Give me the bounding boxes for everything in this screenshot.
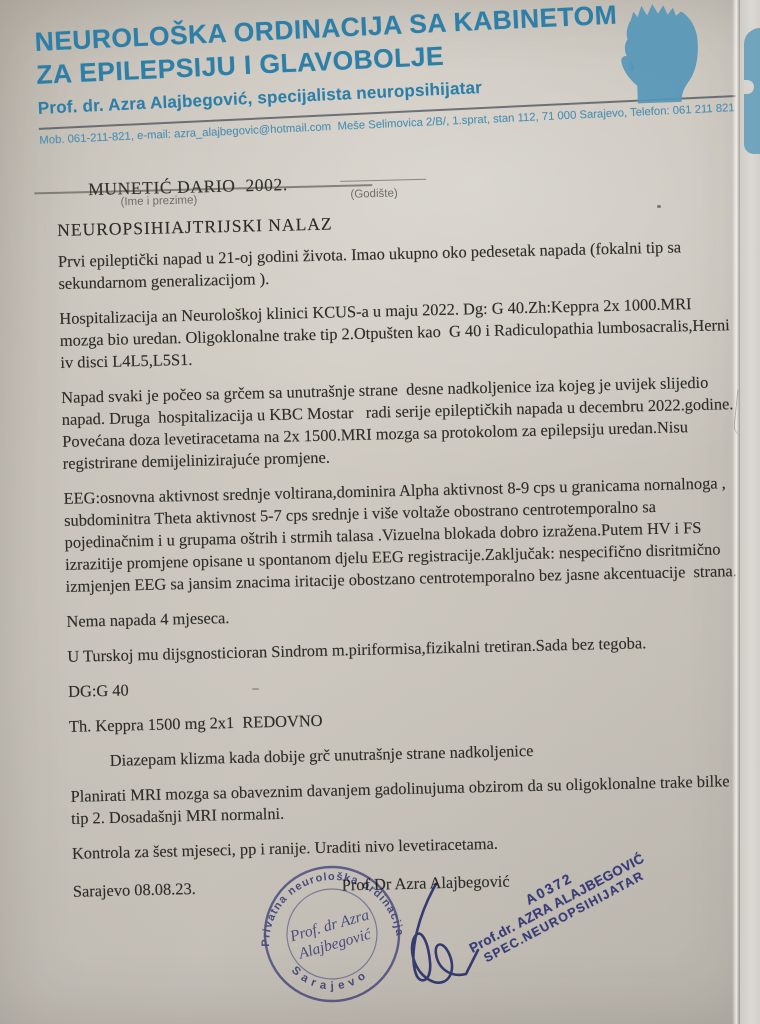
paper-speck xyxy=(657,205,661,208)
year-field-label: (Godište) xyxy=(350,188,398,201)
svg-text:Sarajevo: Sarajevo xyxy=(288,957,373,998)
report-paragraph: Diazepam klizma kada dobije grč unutrašn… xyxy=(70,735,742,773)
paper-fold xyxy=(732,0,740,1024)
head-silhouette-icon xyxy=(586,0,730,106)
name-field-label: (Ime i prezime) xyxy=(120,194,197,208)
report-paragraph: Hospitalizacija an Neurološkoj klinici K… xyxy=(59,292,732,374)
paper-speck xyxy=(252,688,259,690)
contact-address-phone: Meše Selimovica 2/B/, 1.sprat, stan 112,… xyxy=(337,102,735,133)
report-paragraph: U Turskoj mu dijsgnosticioran Sindrom m.… xyxy=(67,630,739,668)
scanned-document-photo: NEUROLOŠKA ORDINACIJA SA KABINETOM ZA EP… xyxy=(0,0,760,1024)
report-paragraph: Prvi epileptički napad u 21-oj godini ži… xyxy=(58,235,731,295)
year-rule-line xyxy=(340,179,426,182)
report-paragraph: EEG:osnovna aktivnost srednje voltirana,… xyxy=(63,472,737,598)
round-stamp-arc-bottom: Sarajevo xyxy=(288,957,373,998)
report-body: NEUROPSIHIAJTRIJSKI NALAZ Prvi epileptič… xyxy=(57,202,745,903)
report-paragraph: Planirati MRI mozga sa obaveznim davanje… xyxy=(70,770,743,830)
report-paragraph-therapy: Th. Keppra 1500 mg 2x1 REDOVNO xyxy=(69,700,741,738)
second-page-logo-sliver xyxy=(744,28,760,154)
report-paragraph-diagnosis: DG:G 40 xyxy=(68,665,740,703)
report-paragraph: Nema napada 4 mjeseca. xyxy=(66,595,738,633)
report-paragraph: Napad svaki je počeo sa grčem sa unutraš… xyxy=(61,371,735,475)
patient-name-field: MUNETIĆ DARIO 2002. (Ime i prezime) (God… xyxy=(50,165,650,180)
report-title: NEUROPSIHIAJTRIJSKI NALAZ xyxy=(57,202,729,242)
city-date-line: Sarajevo 08.08.23. xyxy=(73,878,196,903)
